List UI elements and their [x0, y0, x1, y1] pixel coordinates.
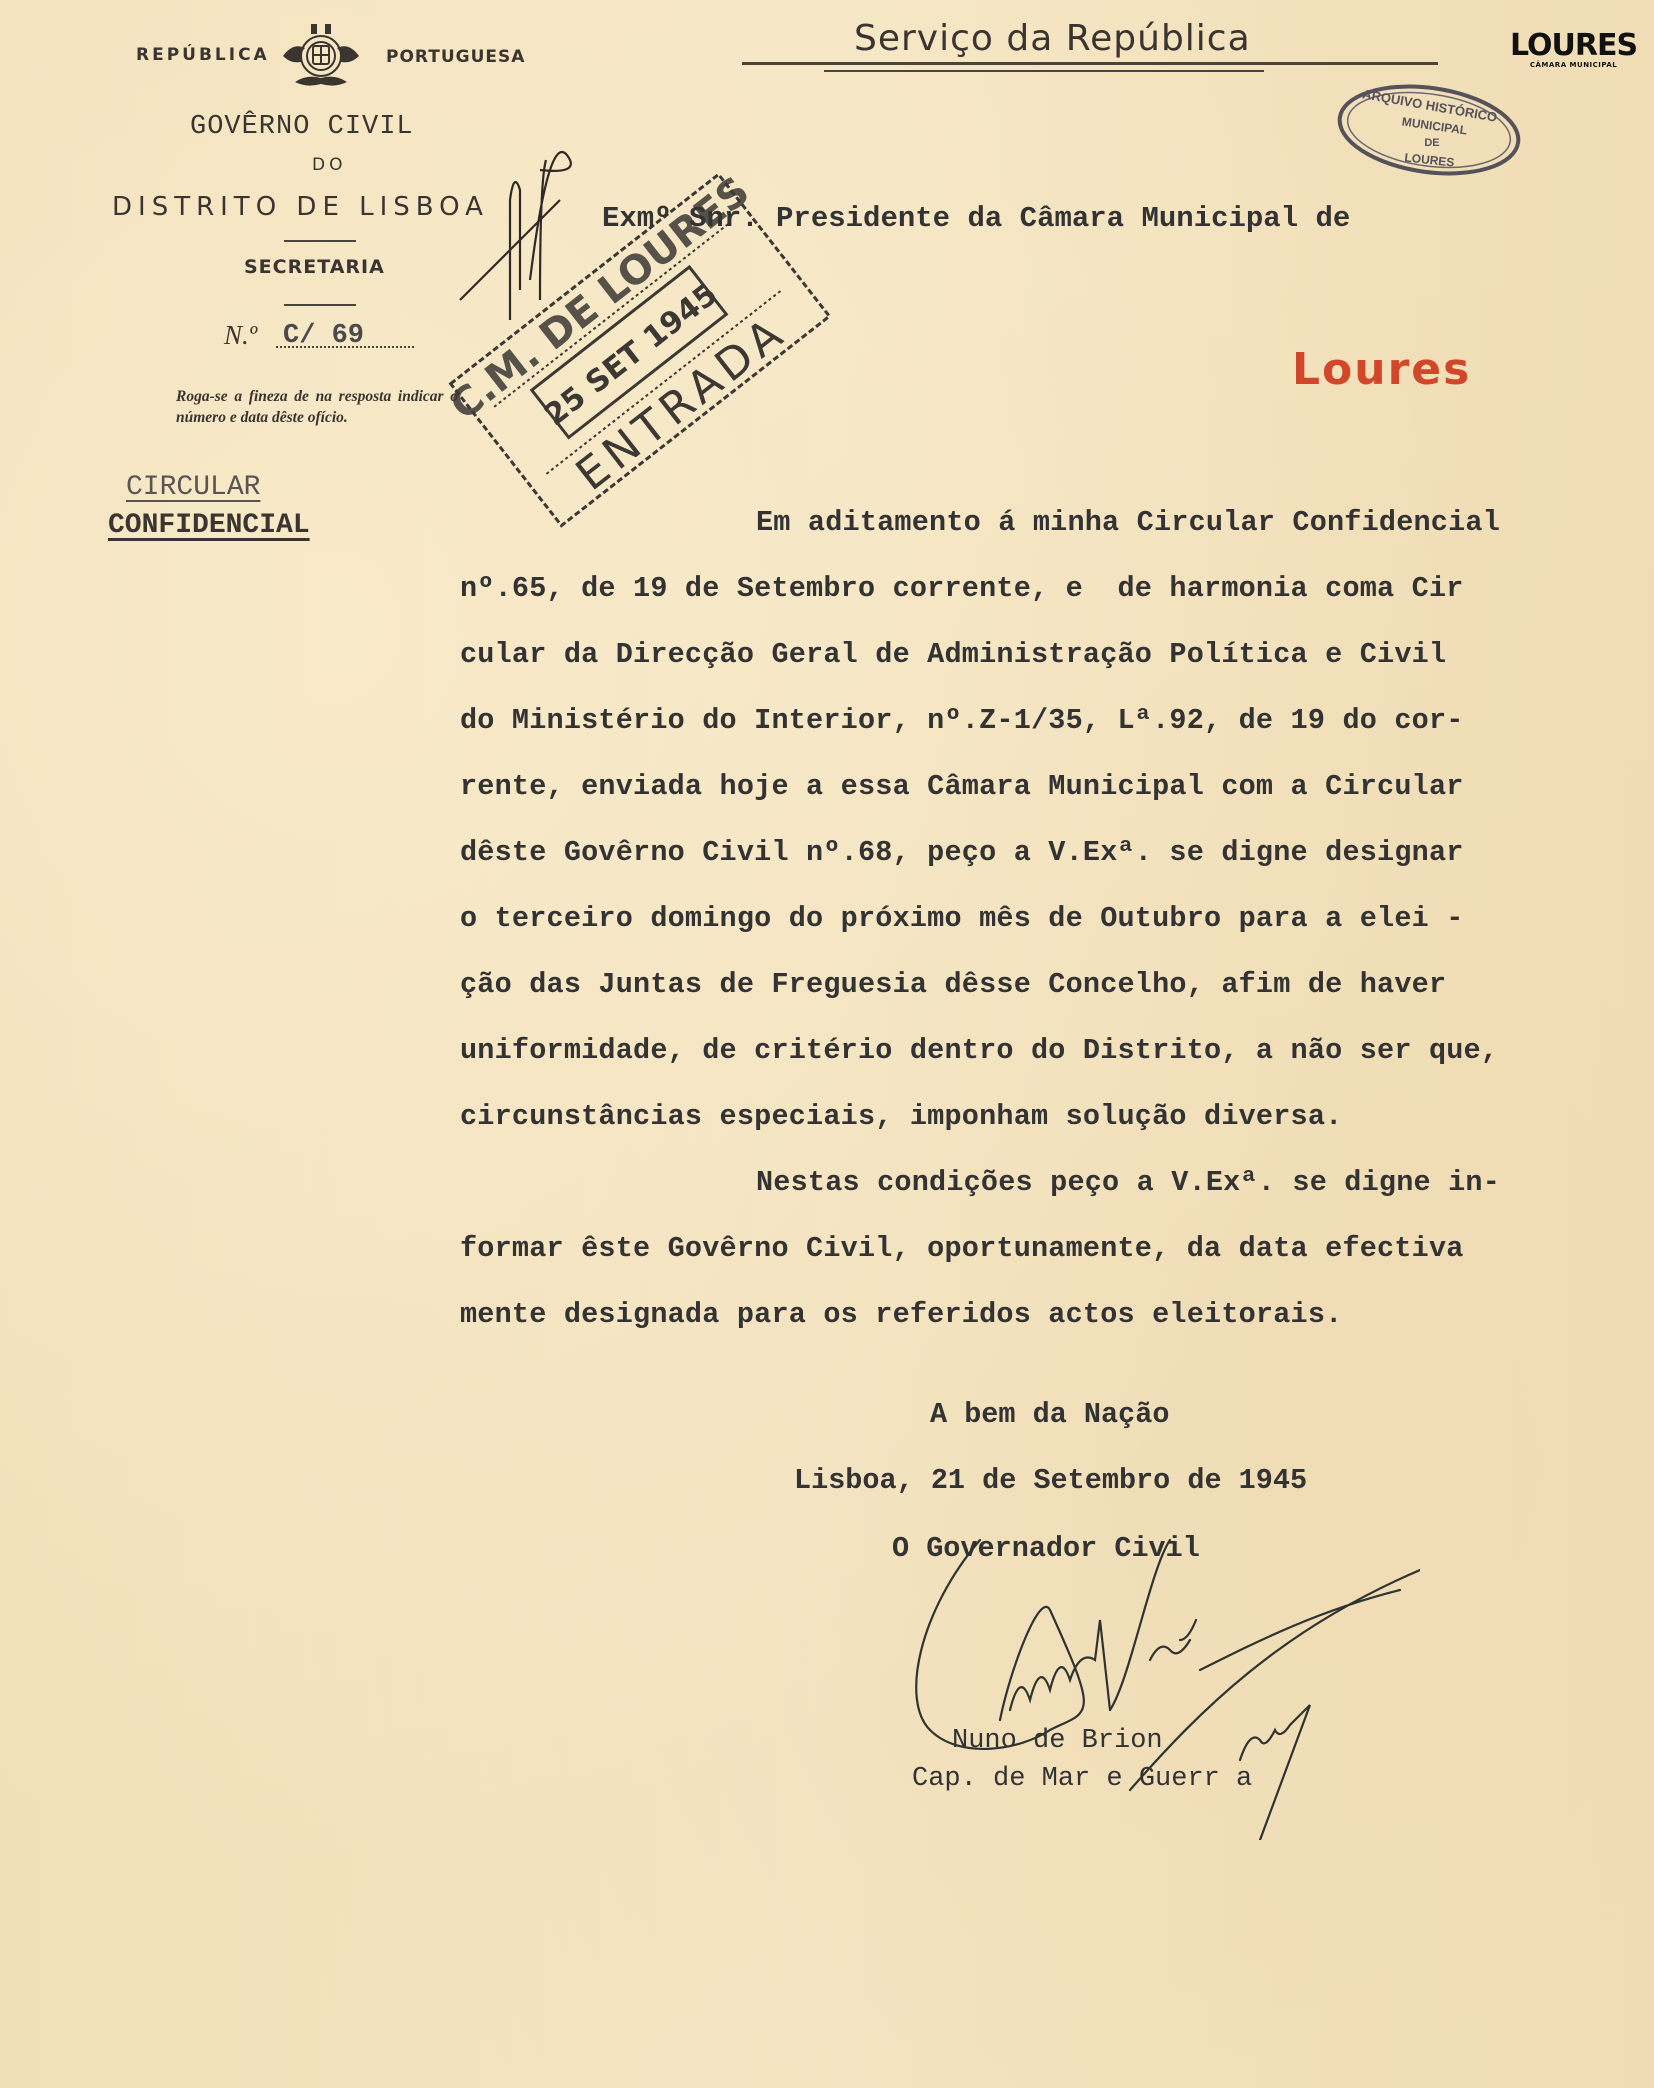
closing-salutation: A bem da Nação [930, 1398, 1169, 1431]
body-line-10: circunstâncias especiais, imponham soluç… [460, 1100, 1342, 1133]
republic-label-right: PORTUGUESA [386, 47, 525, 67]
republic-label-left: REPÚBLICA [136, 45, 270, 65]
service-title-rule [824, 70, 1264, 72]
body-line-11: Nestas condições peço a V.Exª. se digne … [756, 1166, 1500, 1199]
signatory-name: Nuno de Brion [952, 1726, 1163, 1756]
recipient-city: Loures [1292, 344, 1471, 395]
archive-stamp-line4: LOURES [1404, 150, 1455, 169]
body-line-2: nº.65, de 19 de Setembro corrente, e de … [460, 572, 1464, 605]
body-line-7: o terceiro domingo do próximo mês de Out… [460, 902, 1464, 935]
body-line-4: do Ministério do Interior, nº.Z-1/35, Lª… [460, 704, 1464, 737]
archive-stamp: ARQUIVO HISTÓRICO MUNICIPAL DE LOURES [1334, 82, 1524, 178]
body-line-6: dêste Govêrno Civil nº.68, peço a V.Exª.… [460, 836, 1464, 869]
body-line-5: rente, enviada hoje a essa Câmara Munici… [460, 770, 1464, 803]
body-line-13: mente designada para os referidos actos … [460, 1298, 1342, 1331]
circular-label: CIRCULAR [126, 472, 260, 503]
service-title-rule [742, 62, 1438, 65]
reference-number-dotted-line [276, 346, 414, 348]
divider [284, 304, 356, 306]
loures-logo: LOURES CÂMARA MUNICIPAL [1510, 28, 1637, 69]
divider [284, 240, 356, 242]
office-title-do: DO [312, 155, 346, 175]
department-label: SECRETARIA [244, 256, 385, 278]
service-title: Serviço da República [854, 18, 1251, 59]
addressee-line: Exmº Snr. Presidente da Câmara Municipal… [602, 202, 1350, 235]
body-line-9: uniformidade, de critério dentro do Dist… [460, 1034, 1498, 1067]
confidential-label: CONFIDENCIAL [108, 510, 310, 541]
signatory-rank: Cap. de Mar e Guerr a [912, 1764, 1252, 1794]
archive-stamp-line3: DE [1424, 137, 1439, 149]
reply-instruction-note: Roga-se a fineza de na resposta indicar … [176, 386, 458, 428]
body-line-8: ção das Juntas de Freguesia dêsse Concel… [460, 968, 1446, 1001]
portuguese-coat-of-arms-icon [275, 20, 367, 92]
body-line-3: cular da Direcção Geral de Administração… [460, 638, 1446, 671]
logo-main-text: LOURES [1510, 28, 1637, 63]
reference-number-label: N.º [224, 320, 257, 351]
office-title: GOVÊRNO CIVIL [190, 112, 414, 142]
body-line-12: formar êste Govêrno Civil, oportunamente… [460, 1232, 1464, 1265]
closing-place-date: Lisboa, 21 de Setembro de 1945 [794, 1464, 1307, 1497]
body-line-1: Em aditamento á minha Circular Confidenc… [756, 506, 1500, 539]
